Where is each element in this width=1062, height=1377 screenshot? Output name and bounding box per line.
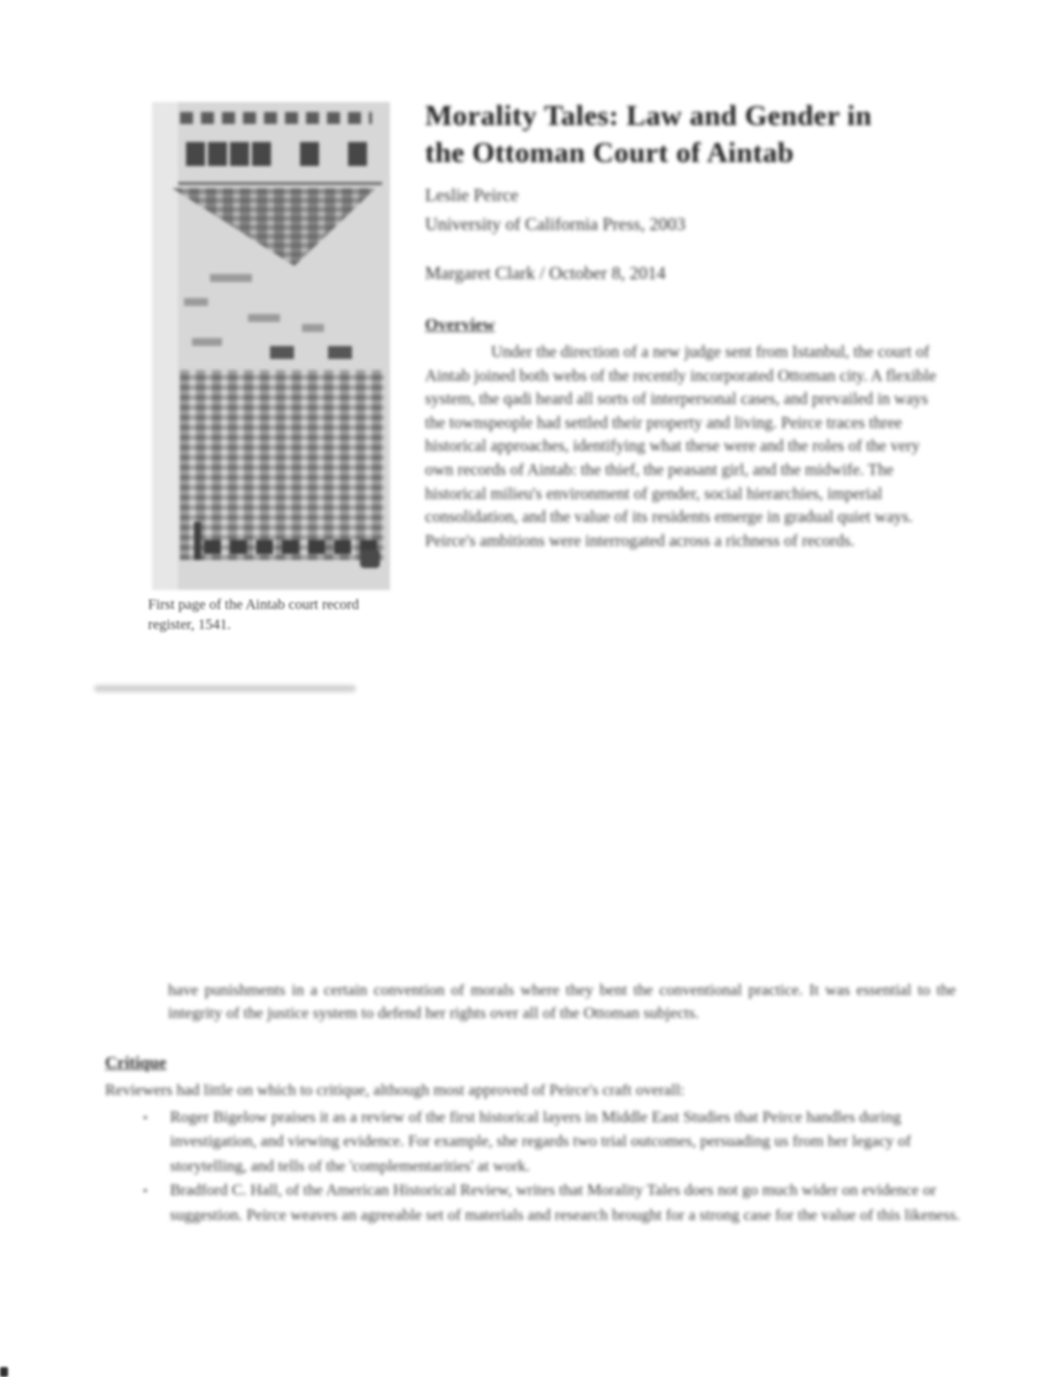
page-corner-artifact (0, 1367, 8, 1377)
scan-seal-glyph (252, 142, 271, 166)
book-title-line2: the Ottoman Court of Aintab (425, 135, 960, 172)
book-title: Morality Tales: Law and Gender in the Ot… (425, 98, 960, 172)
critique-bullet-item: Roger Bigelow praises it as a review of … (170, 1106, 961, 1179)
book-publisher: University of California Press, 2003 (425, 210, 960, 239)
scan-ink-blob (328, 346, 352, 359)
scan-caption: First page of the Aintab court record re… (148, 595, 404, 635)
scan-triangular-text-block (172, 188, 376, 266)
scan-corner-ink-blob (360, 550, 380, 568)
review-header-column: Morality Tales: Law and Gender in the Ot… (425, 98, 960, 552)
critique-intro: Reviewers had little on which to critiqu… (105, 1079, 745, 1102)
scan-seal-glyph (348, 142, 367, 166)
scan-left-margin (152, 102, 178, 590)
overview-heading: Overview (425, 315, 960, 335)
book-author: Leslie Peirce (425, 181, 960, 210)
scan-seal-glyph (300, 142, 319, 166)
scan-seal-glyph (208, 142, 227, 166)
overview-paragraph: Under the direction of a new judge sent … (425, 340, 937, 552)
scan-bold-signature-row (204, 540, 380, 554)
book-title-line1: Morality Tales: Law and Gender in (425, 98, 960, 135)
scan-seal-glyph (230, 142, 249, 166)
continuation-paragraph: have punishments in a certain convention… (168, 979, 956, 1025)
scan-script-mark (184, 298, 208, 306)
scan-header-script (180, 112, 372, 124)
scan-caption-line2: register, 1541. (148, 615, 404, 635)
court-register-scan-image (152, 102, 390, 590)
critique-section: Critique Reviewers had little on which t… (105, 1053, 961, 1228)
scan-ink-blob (270, 346, 294, 359)
reviewer-and-date: Margaret Clark / October 8, 2014 (425, 263, 960, 284)
scan-seal-glyph (186, 142, 205, 166)
document-page: First page of the Aintab court record re… (0, 0, 1062, 1377)
scan-script-mark (302, 324, 324, 332)
footnote-divider-line (94, 685, 356, 692)
critique-bullet-item: Bradford C. Hall, of the American Histor… (170, 1179, 961, 1228)
scan-caption-line1: First page of the Aintab court record (148, 595, 404, 615)
scan-marginal-stroke (194, 522, 201, 560)
book-byline: Leslie Peirce University of California P… (425, 181, 960, 239)
critique-bullet-list: Roger Bigelow praises it as a review of … (105, 1106, 961, 1228)
scan-dense-text-block (180, 370, 384, 560)
scan-script-mark (210, 274, 252, 282)
critique-heading: Critique (105, 1053, 961, 1073)
scan-rule-line (178, 182, 382, 185)
scan-script-mark (248, 314, 280, 322)
scan-script-mark (192, 338, 222, 346)
